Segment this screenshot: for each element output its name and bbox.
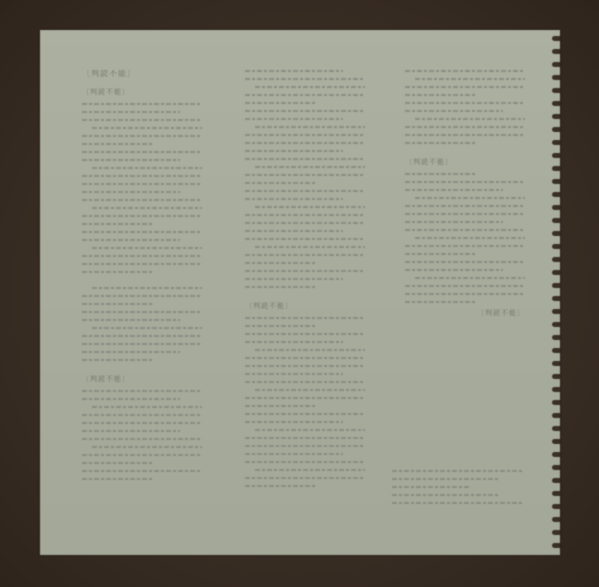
edge-notch <box>552 101 560 106</box>
text-line <box>245 78 365 80</box>
edge-notch <box>552 205 560 210</box>
text-line <box>405 301 477 303</box>
text-line <box>405 221 503 223</box>
text-line <box>245 174 365 176</box>
text-line <box>245 222 365 224</box>
text-line <box>245 421 343 423</box>
text-line <box>255 206 365 208</box>
text-line <box>82 454 202 456</box>
text-line <box>82 438 202 440</box>
text-line <box>82 151 202 153</box>
text-line <box>92 446 202 448</box>
text-line <box>82 231 202 233</box>
document-title: 〔判読不能〕 <box>82 70 202 78</box>
text-line <box>245 381 365 383</box>
text-line <box>405 293 525 295</box>
text-line <box>82 462 154 464</box>
text-line <box>82 390 202 392</box>
edge-notch <box>552 75 560 80</box>
edge-notch <box>552 400 560 405</box>
edge-notch <box>552 478 560 483</box>
text-line <box>405 261 525 263</box>
text-line <box>245 110 365 112</box>
text-line <box>245 198 343 200</box>
edge-notch <box>552 348 560 353</box>
text-line <box>415 78 525 80</box>
text-line <box>92 287 202 289</box>
credits-line <box>392 486 470 488</box>
text-line <box>82 422 202 424</box>
text-line <box>245 341 343 343</box>
text-line <box>82 319 180 321</box>
text-line <box>82 295 202 297</box>
edge-notch <box>552 244 560 249</box>
edge-notch <box>552 231 560 236</box>
text-line <box>245 278 343 280</box>
edge-notch <box>552 439 560 444</box>
text-line <box>82 343 202 345</box>
edge-notch <box>552 309 560 314</box>
edge-notch <box>552 283 560 288</box>
edge-notch <box>552 517 560 522</box>
text-line <box>405 245 525 247</box>
text-line <box>245 142 365 144</box>
text-line <box>405 86 525 88</box>
text-line <box>245 270 365 272</box>
edge-notch <box>552 153 560 158</box>
text-line <box>82 398 180 400</box>
text-line <box>82 175 202 177</box>
section-gap <box>405 150 525 158</box>
text-line <box>405 126 525 128</box>
edge-notch <box>552 36 560 41</box>
text-line <box>255 166 365 168</box>
text-line <box>405 269 503 271</box>
text-line <box>245 118 343 120</box>
text-line <box>245 413 365 415</box>
text-line <box>82 430 180 432</box>
text-line <box>82 183 202 185</box>
text-line <box>82 119 202 121</box>
text-line <box>82 271 154 273</box>
text-line <box>245 70 343 72</box>
text-line <box>82 239 180 241</box>
text-line <box>255 86 365 88</box>
text-line <box>82 351 180 353</box>
text-line <box>245 262 317 264</box>
text-line <box>82 215 202 217</box>
text-line <box>405 173 477 175</box>
text-line <box>405 205 525 207</box>
text-line <box>245 477 365 479</box>
text-line <box>245 238 365 240</box>
text-line <box>245 365 365 367</box>
text-line <box>245 286 317 288</box>
edge-notch <box>552 140 560 145</box>
text-line <box>82 135 202 137</box>
text-line <box>245 397 365 399</box>
text-line <box>245 134 365 136</box>
text-line <box>405 94 477 96</box>
edge-notch <box>552 127 560 132</box>
credits-line <box>392 502 522 504</box>
edge-notch <box>552 322 560 327</box>
text-line <box>245 453 343 455</box>
edge-notch <box>552 361 560 366</box>
text-line <box>255 349 365 351</box>
text-line <box>405 229 525 231</box>
text-line <box>82 191 180 193</box>
text-line <box>405 102 525 104</box>
left-column: 〔判読不能〕 〔判読不能〕〔判読不能〕 <box>82 70 202 486</box>
text-line <box>245 445 365 447</box>
edge-notch <box>552 88 560 93</box>
text-line <box>245 405 317 407</box>
edge-notch <box>552 335 560 340</box>
text-line <box>92 247 202 249</box>
edge-notch <box>552 543 560 548</box>
edge-notch <box>552 166 560 171</box>
text-line <box>92 406 202 408</box>
text-line <box>245 357 365 359</box>
edge-notch <box>552 114 560 119</box>
edge-notch <box>552 374 560 379</box>
edge-notch <box>552 179 560 184</box>
text-line <box>405 70 525 72</box>
text-line <box>82 414 202 416</box>
text-line <box>82 255 202 257</box>
text-line <box>255 469 365 471</box>
text-line <box>92 327 202 329</box>
text-line <box>245 182 317 184</box>
text-line <box>245 461 365 463</box>
text-line <box>92 207 202 209</box>
edge-notch <box>552 49 560 54</box>
text-line <box>255 429 365 431</box>
edge-notch <box>552 452 560 457</box>
edge-notch <box>552 530 560 535</box>
text-line <box>92 167 202 169</box>
text-line <box>245 254 365 256</box>
text-line <box>82 199 202 201</box>
text-line <box>405 213 525 215</box>
text-line <box>82 303 154 305</box>
text-line <box>245 317 365 319</box>
text-line <box>245 150 343 152</box>
credits-line <box>392 478 499 480</box>
text-line <box>82 143 154 145</box>
section-heading: 〔判読不能〕 <box>405 158 525 166</box>
text-line <box>245 373 343 375</box>
edge-notch <box>552 257 560 262</box>
text-line <box>245 333 365 335</box>
text-line <box>415 277 525 279</box>
text-line <box>405 285 525 287</box>
text-line <box>82 111 180 113</box>
edge-notch <box>552 387 560 392</box>
section-heading: 〔判読不能〕 <box>82 88 202 96</box>
credits-line <box>392 470 522 472</box>
text-line <box>82 359 154 361</box>
section-heading: 〔判読不能〕 <box>245 302 365 310</box>
text-line <box>245 325 317 327</box>
middle-column: 〔判読不能〕 <box>245 70 365 493</box>
text-line <box>245 485 317 487</box>
text-line <box>245 94 365 96</box>
text-line <box>405 181 525 183</box>
text-line <box>82 478 154 480</box>
text-line <box>245 437 365 439</box>
text-line <box>255 126 365 128</box>
section-heading: 〔判読不能〕 <box>82 375 202 383</box>
edge-notch <box>552 192 560 197</box>
text-line <box>415 197 525 199</box>
text-line <box>405 110 503 112</box>
text-line <box>82 335 202 337</box>
text-line <box>405 253 477 255</box>
text-line <box>245 230 343 232</box>
text-line <box>415 118 525 120</box>
text-line <box>405 134 525 136</box>
author-signature: 〔判読不能〕 <box>405 309 525 317</box>
edge-notch <box>552 218 560 223</box>
text-line <box>92 127 202 129</box>
text-line <box>415 237 525 239</box>
section-gap <box>245 294 365 302</box>
text-line <box>405 189 503 191</box>
text-line <box>82 470 202 472</box>
text-line <box>255 389 365 391</box>
text-line <box>82 223 154 225</box>
perforated-right-edge <box>548 30 562 555</box>
text-line <box>82 103 202 105</box>
edge-notch <box>552 270 560 275</box>
section-gap <box>82 279 202 287</box>
text-line <box>405 142 477 144</box>
text-line <box>82 263 202 265</box>
text-line <box>245 158 365 160</box>
edge-notch <box>552 504 560 509</box>
liner-notes-sheet: 〔判読不能〕 〔判読不能〕〔判読不能〕 〔判読不能〕 〔判読不能〕〔判読不能〕 <box>40 30 560 555</box>
text-line <box>82 159 180 161</box>
edge-notch <box>552 491 560 496</box>
text-line <box>245 214 365 216</box>
credits-line <box>392 494 499 496</box>
credits-block <box>392 470 522 510</box>
text-line <box>255 246 365 248</box>
edge-notch <box>552 62 560 67</box>
text-line <box>82 311 202 313</box>
text-line <box>245 102 317 104</box>
edge-notch <box>552 465 560 470</box>
right-column: 〔判読不能〕〔判読不能〕 <box>405 70 525 324</box>
text-line <box>245 190 365 192</box>
edge-notch <box>552 296 560 301</box>
section-gap <box>82 367 202 375</box>
edge-notch <box>552 413 560 418</box>
edge-notch <box>552 426 560 431</box>
